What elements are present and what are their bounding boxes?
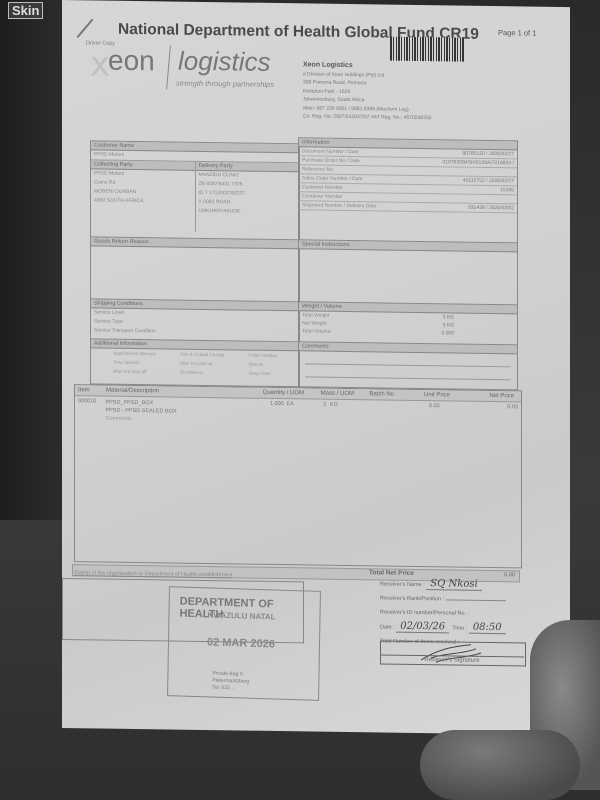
delivery-party: Delivery Party MANZIDU CLINIC ZB 8087/84…: [196, 162, 300, 233]
option-label: Public Holiday: [248, 351, 277, 360]
col-mass: Mass / UOM: [304, 390, 354, 397]
pen-mark: [77, 19, 94, 38]
shipping-row: Service Transport Condition: [91, 326, 299, 338]
item-unit-price: 0.00: [395, 403, 440, 428]
info-value: 90785120 / 2026/02/27: [463, 150, 514, 159]
stamp-small-line: Tel: 033 ...: [212, 685, 249, 693]
weight-volume-section: Weight / Volume Total Weight3 KG Net Wei…: [298, 301, 518, 346]
customer-section: Customer Name PPSD Motors Collecting Par…: [90, 140, 300, 241]
info-value: 15150: [500, 186, 514, 194]
item-mass: 3: [302, 401, 326, 425]
total-value: 0.00: [504, 572, 515, 578]
receiver-date-value: 02/03/26: [396, 621, 449, 634]
option-label: After hrs drop off: [113, 367, 156, 377]
shipping-conditions-section: Shipping Conditions Service Level Servic…: [90, 298, 300, 343]
item-batch: [355, 402, 394, 427]
col-net-price: Net Price: [450, 392, 514, 399]
info-value: 0167633/MSH/0126A/7216833 /: [443, 158, 514, 167]
col-unit-price: Unit Price: [394, 392, 450, 399]
collecting-party: Collecting Party PPSD Motors Crane Rd MO…: [91, 160, 196, 231]
logo-logistics: logistics: [178, 46, 270, 78]
item-quantity: 1.000: [243, 401, 284, 426]
information-section: Information Document Number / Date907851…: [298, 137, 518, 244]
option-label: Re-Delivery: [180, 368, 224, 378]
receiver-section: Receiver's Name : SQ Nkosi Receiver's Ra…: [380, 576, 506, 650]
info-label: Reference No: [302, 165, 333, 173]
receiver-name-label: Receiver's Name :: [380, 581, 425, 588]
receiver-time-value: 08:50: [469, 622, 506, 635]
col-quantity: Quantity / UOM: [246, 390, 304, 397]
comments-section: Comments: [298, 341, 518, 390]
col-batch: Batch No: [354, 391, 394, 398]
stamp-area-label: Stamp of the organisation or Department …: [74, 570, 232, 578]
info-row: Shipment Number / Delivery Date531439 / …: [299, 201, 517, 213]
weight-value: 3 KG: [443, 313, 454, 321]
hand-finger: [420, 730, 580, 800]
special-instructions-section: Special Instructions: [298, 239, 518, 306]
col-material: Material/Description: [106, 388, 246, 396]
logo-divider: [166, 46, 171, 90]
special-instructions-header: Special Instructions: [299, 240, 517, 252]
table-row: 000010 PPSD_PPSD_BOX PPSD - PPSD SEALED …: [75, 396, 521, 430]
object-label: Skin: [8, 2, 43, 19]
barcode: [390, 37, 464, 62]
receiver-date-label: Date :: [380, 624, 395, 630]
info-value: 40115752 / 2026/02/27: [463, 177, 514, 186]
goods-return-section: Goods Return Reason: [90, 236, 300, 303]
logo-tagline: strength through partnerships: [176, 79, 274, 89]
option-label: Sleep Over: [248, 369, 277, 378]
item-uom: EA: [284, 401, 303, 425]
info-label: Customer Number: [302, 183, 343, 192]
additional-info-section: Additional Information Appointment Deliv…: [90, 338, 300, 387]
items-table: Item Material/Description Quantity / UOM…: [74, 384, 522, 568]
department-stamp: DEPARTMENT OF HEALTH KWAZULU NATAL 02 MA…: [167, 586, 321, 701]
comment-line: [305, 364, 511, 380]
company-logo: x eon logistics strength through partner…: [62, 0, 570, 7]
delivery-note: Driver Copy National Department of Healt…: [62, 0, 570, 735]
background-object: Skin: [0, 0, 62, 520]
receiver-time-label: Time :: [452, 625, 467, 631]
weight-row: Total Volume0.000: [299, 327, 517, 338]
collecting-line: 4060 SOUTH AFRICA: [91, 196, 195, 206]
option-label: Special: [248, 360, 277, 369]
company-line: Co. Reg. No: 2007/012037/07 VAT Reg. No.…: [303, 112, 431, 122]
page-label: Page 1 of 1: [498, 28, 536, 38]
item-number: 000010: [78, 398, 105, 422]
weight-label: Total Volume: [302, 327, 331, 335]
delivery-line: UMKHANYAKUDE: [196, 207, 300, 217]
receiver-id-label: Receiver's ID number/Personal No. :: [380, 609, 469, 616]
stamp-date: 02 MAR 2026: [207, 636, 275, 650]
logo-eon: eon: [108, 45, 155, 78]
item-net-price: 0.00: [440, 403, 518, 428]
goods-return-header: Goods Return Reason: [91, 237, 299, 249]
receiver-name-value: SQ Nkosi: [426, 578, 481, 591]
weight-value: 0.000: [441, 329, 454, 337]
info-label: Container Number: [302, 192, 343, 201]
item-note: Comments: [105, 415, 242, 425]
info-label: Purchase Order No / Date: [302, 156, 360, 165]
info-label: Document Number / Date: [302, 147, 359, 156]
item-mass-uom: KG: [326, 402, 355, 426]
company-address: Xeon Logistics a Division of Xeon Holdin…: [303, 61, 431, 122]
info-label: Shipment Number / Delivery Date: [302, 201, 376, 210]
info-value: 531439 / 2026/03/02: [468, 204, 514, 213]
receiver-rank-label: Receiver's Rank/Position :: [380, 595, 444, 602]
receiver-rank-line: [446, 599, 506, 601]
col-item: Item: [78, 387, 106, 393]
weight-value: 3 KG: [443, 321, 454, 329]
info-label: Sales Order Number / Date: [302, 174, 363, 183]
